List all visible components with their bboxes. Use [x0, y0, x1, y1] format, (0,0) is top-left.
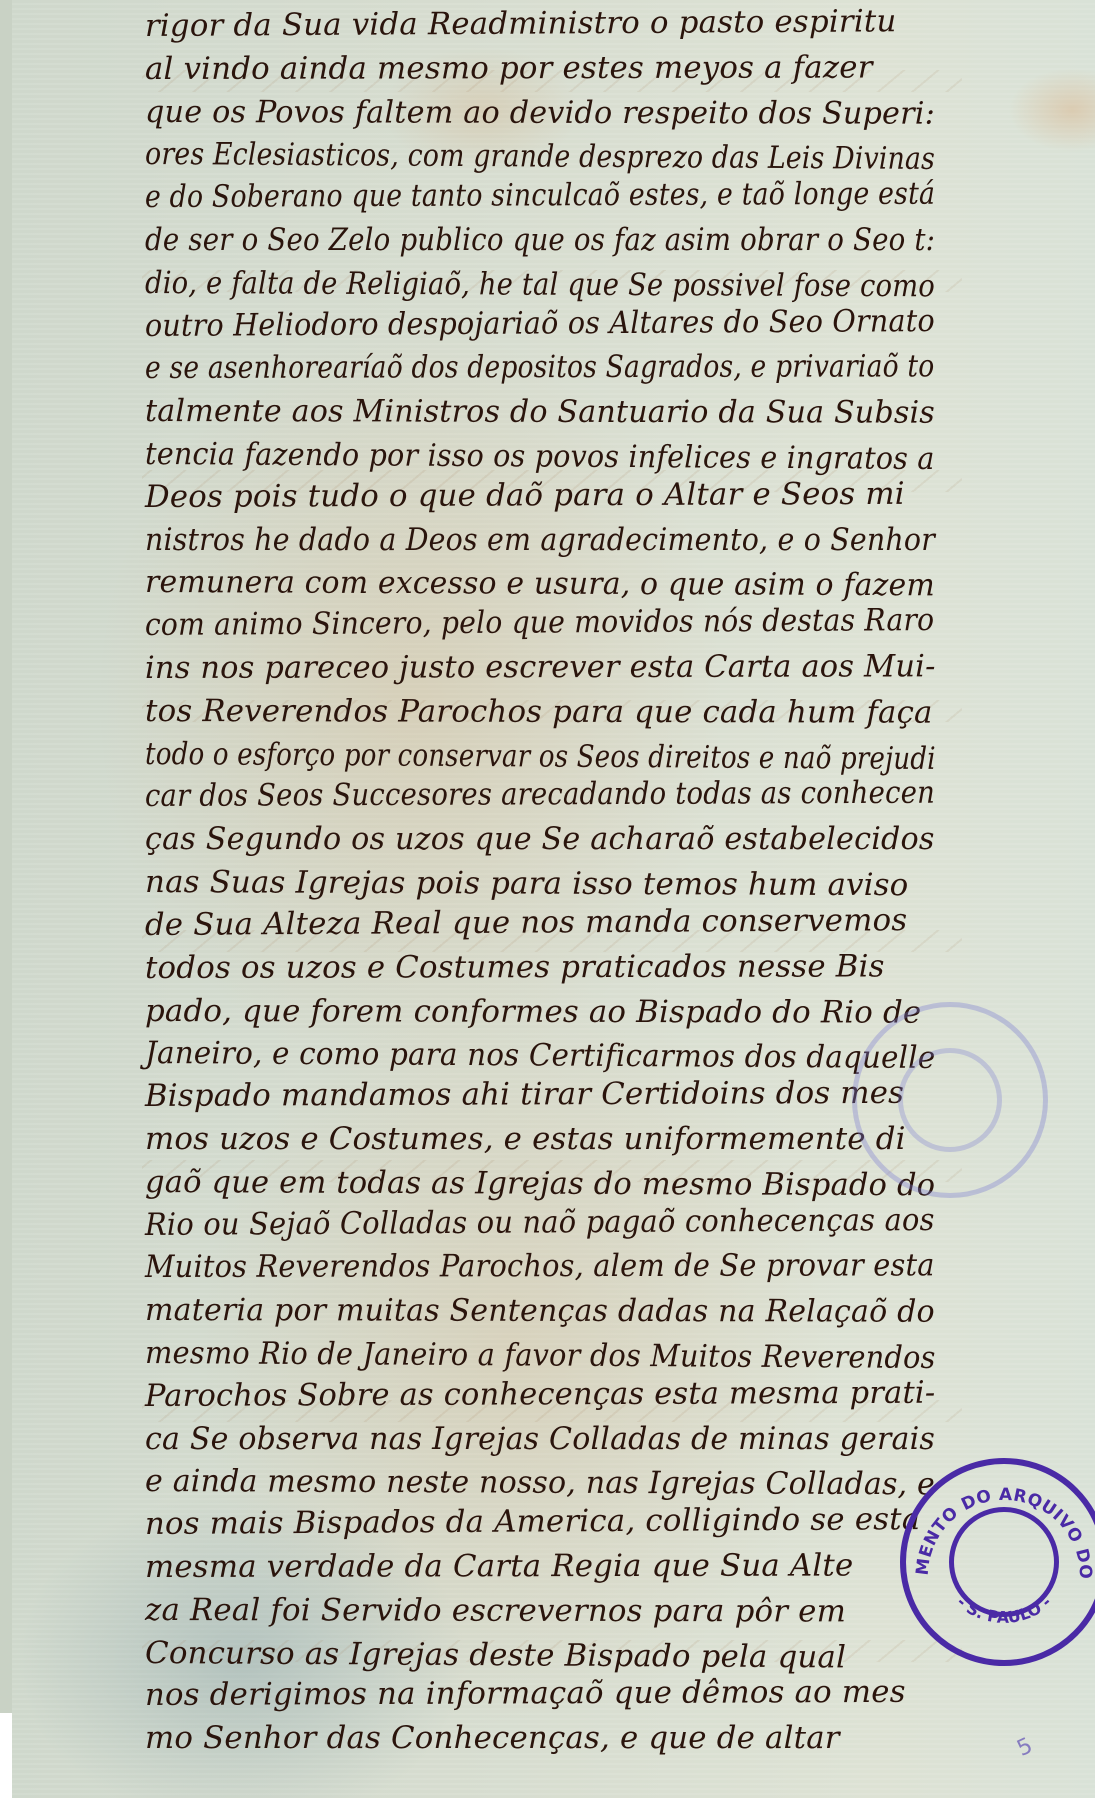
manuscript-line: e ainda mesmo neste nosso, nas Igrejas C…: [145, 1463, 935, 1502]
manuscript-line: nas Suas Igrejas pois para isso temos hu…: [145, 864, 909, 903]
manuscript-line: Janeiro, e como para nos Certificarmos d…: [145, 1035, 935, 1076]
manuscript-line: car dos Seos Succesores arecadando todas…: [145, 775, 935, 814]
manuscript-line: Rio ou Sejaõ Colladas ou naõ pagaõ conhe…: [145, 1202, 935, 1243]
stamp-inner-ring: [898, 1048, 1002, 1152]
manuscript-line: Deos pois tudo o que daõ para o Altar e …: [145, 476, 905, 515]
manuscript-line: gaõ que em todas as Igrejas do mesmo Bis…: [145, 1164, 935, 1203]
manuscript-line: za Real foi Servido escrevernos para pôr…: [145, 1592, 846, 1629]
manuscript-line: Parochos Sobre as conhecenças esta mesma…: [145, 1374, 936, 1413]
manuscript-line: nos mais Bispados da America, colligindo…: [145, 1501, 921, 1542]
manuscript-line: dio, e falta de Religiaõ, he tal que Se …: [145, 265, 935, 304]
manuscript-line: todo o esforço por conservar os Seos dir…: [145, 736, 936, 777]
manuscript-line: pado, que forem conformes ao Bispado do …: [145, 993, 921, 1031]
manuscript-line: nos derigimos na informaçaõ que dêmos ao…: [145, 1674, 906, 1713]
manuscript-line: Concurso as Igrejas deste Bispado pela q…: [145, 1635, 846, 1675]
manuscript-line: Bispado mandamos ahi tirar Certidoins do…: [145, 1075, 904, 1114]
manuscript-line: materia por muitas Sentenças dadas na Re…: [145, 1292, 935, 1330]
manuscript-line: talmente aos Ministros do Santuario da S…: [145, 393, 935, 431]
manuscript-line: ca Se observa nas Igrejas Colladas de mi…: [145, 1421, 935, 1457]
manuscript-line: al vindo ainda mesmo por estes meyos a f…: [145, 49, 873, 87]
manuscript-line: de ser o Seo Zelo publico que os faz asi…: [145, 222, 935, 258]
manuscript-line: de Sua Alteza Real que nos manda conserv…: [145, 902, 908, 943]
manuscript-line: mesma verdade da Carta Regia que Sua Alt…: [145, 1547, 854, 1584]
stamp-inner-ring: [949, 1507, 1059, 1617]
manuscript-line: e se asenhorearíaõ dos depositos Sagrado…: [145, 349, 935, 387]
manuscript-line: Muitos Reverendos Parochos, alem de Se p…: [145, 1248, 935, 1286]
manuscript-line: com animo Sincero, pelo que movidos nós …: [145, 602, 935, 643]
manuscript-line: tos Reverendos Parochos para que cada hu…: [145, 693, 933, 731]
manuscript-line: mo Senhor das Conhecenças, e que de alta…: [145, 1720, 840, 1756]
faded-archive-stamp: [852, 1002, 1048, 1198]
manuscript-line: tencia fazendo por isso os povos infelic…: [145, 436, 935, 477]
manuscript-line: outro Heliodoro despojariaõ os Altares d…: [145, 303, 935, 344]
manuscript-line: mos uzos e Costumes, e estas uniformemen…: [145, 1121, 906, 1157]
manuscript-line: mesmo Rio de Janeiro a favor dos Muitos …: [145, 1335, 936, 1376]
manuscript-line: rigor da Sua vida Readministro o pasto e…: [145, 3, 897, 44]
manuscript-line: remunera com excesso e usura, o que asim…: [145, 564, 935, 603]
manuscript-line: que os Povos faltem ao devido respeito d…: [145, 94, 935, 132]
manuscript-line: nistros he dado a Deos em agradecimento,…: [145, 522, 935, 558]
manuscript-line: ins nos pareceo justo escrever esta Cart…: [145, 648, 936, 686]
manuscript-line: ores Eclesiasticos, com grande desprezo …: [145, 136, 935, 177]
manuscript-line: e do Soberano que tanto sinculcaõ estes,…: [145, 176, 935, 215]
manuscript-line: todos os uzos e Costumes praticados ness…: [145, 948, 885, 986]
archive-stamp: DEPARTAMENTO DO ARQUIVO DO ESTADO - S. P…: [900, 1458, 1095, 1666]
manuscript-line: ças Segundo os uzos que Se acharaõ estab…: [145, 821, 935, 857]
